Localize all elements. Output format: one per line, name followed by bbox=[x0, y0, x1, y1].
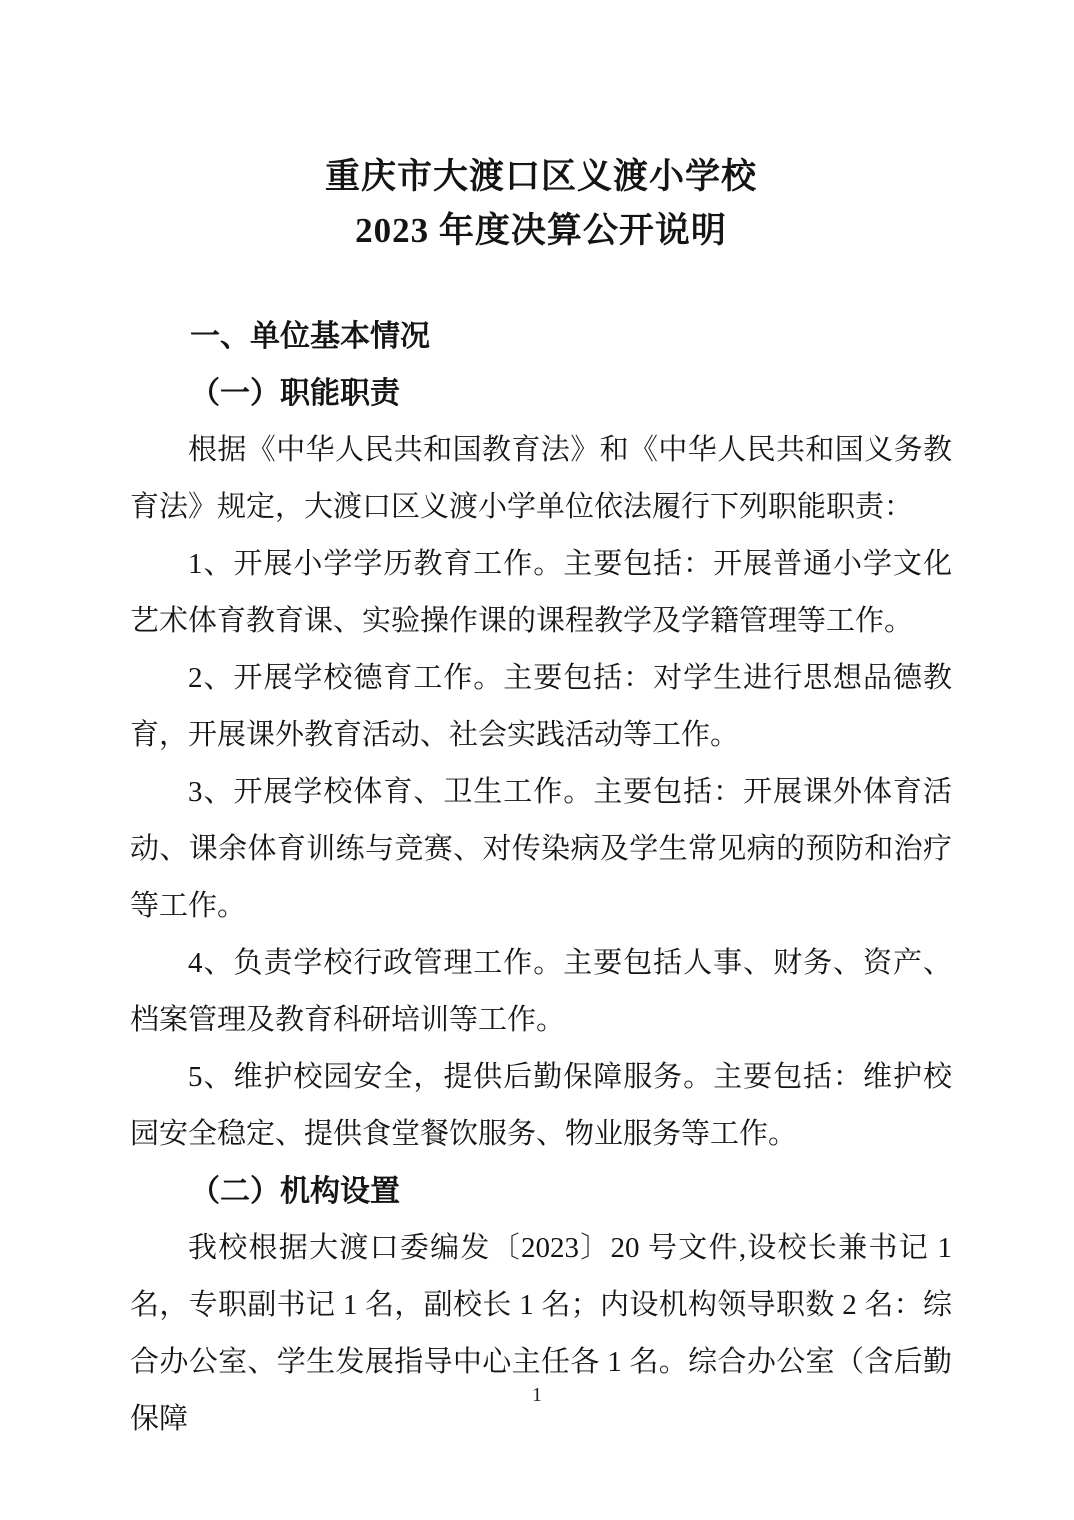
document-title-line2: 2023 年度决算公开说明 bbox=[130, 204, 952, 258]
subsection-heading-organization: （二）机构设置 bbox=[130, 1163, 952, 1220]
document-title-line1: 重庆市大渡口区义渡小学校 bbox=[130, 150, 952, 204]
paragraph-duty-5: 5、维护校园安全，提供后勤保障服务。主要包括：维护校园安全稳定、提供食堂餐饮服务… bbox=[130, 1049, 952, 1163]
paragraph-duty-1: 1、开展小学学历教育工作。主要包括：开展普通小学文化艺术体育教育课、实验操作课的… bbox=[130, 536, 952, 650]
paragraph-intro-legal-basis: 根据《中华人民共和国教育法》和《中华人民共和国义务教育法》规定，大渡口区义渡小学… bbox=[130, 422, 952, 536]
subsection-heading-duties: （一）职能职责 bbox=[130, 365, 952, 422]
paragraph-organization-setup: 我校根据大渡口委编发〔2023〕20 号文件,设校长兼书记 1 名，专职副书记 … bbox=[130, 1220, 952, 1448]
paragraph-duty-4: 4、负责学校行政管理工作。主要包括人事、财务、资产、档案管理及教育科研培训等工作… bbox=[130, 935, 952, 1049]
section-heading-unit-basic-info: 一、单位基本情况 bbox=[130, 308, 952, 365]
document-page: 重庆市大渡口区义渡小学校 2023 年度决算公开说明 一、单位基本情况 （一）职… bbox=[0, 0, 1074, 1520]
document-title: 重庆市大渡口区义渡小学校 2023 年度决算公开说明 bbox=[130, 150, 952, 258]
paragraph-duty-3: 3、开展学校体育、卫生工作。主要包括：开展课外体育活动、课余体育训练与竞赛、对传… bbox=[130, 764, 952, 935]
document-body: 一、单位基本情况 （一）职能职责 根据《中华人民共和国教育法》和《中华人民共和国… bbox=[130, 308, 952, 1448]
page-footer: 1 bbox=[0, 1382, 1074, 1408]
paragraph-duty-2: 2、开展学校德育工作。主要包括：对学生进行思想品德教育，开展课外教育活动、社会实… bbox=[130, 650, 952, 764]
page-number: 1 bbox=[532, 1384, 542, 1406]
